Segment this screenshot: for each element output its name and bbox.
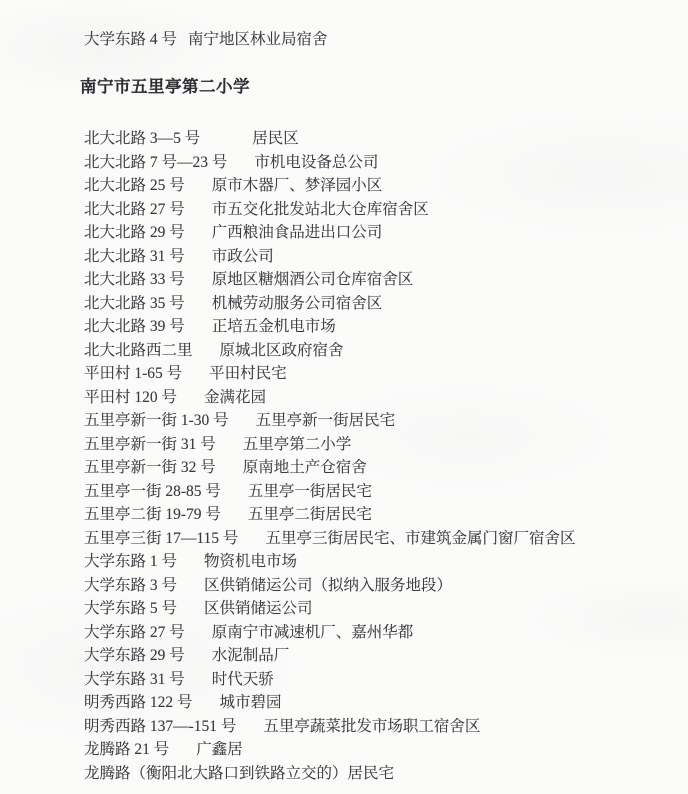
entry-description: 五里亭二街居民宅	[248, 506, 372, 523]
entry-address: 北大北路 31 号	[84, 248, 185, 265]
entry-description: 市机电设备总公司	[254, 154, 378, 171]
address-entry: 龙腾路（衡阳北大路口到铁路立交的）居民宅	[84, 762, 672, 786]
entry-address: 五里亭新一街 1-30 号	[84, 412, 229, 429]
entry-description: 五里亭第二小学	[243, 436, 352, 453]
address-entry: 平田村 1-65 号平田村民宅	[84, 362, 672, 386]
entry-address: 大学东路 31 号	[84, 671, 185, 688]
address-entry: 平田村 120 号金满花园	[84, 386, 672, 410]
entry-description: 居民区	[252, 130, 299, 147]
address-entry: 五里亭新一街 1-30 号五里亭新一街居民宅	[84, 409, 672, 433]
entry-description: 原南宁市减速机厂、嘉州华都	[212, 624, 414, 641]
address-entry: 大学东路 29 号水泥制品厂	[84, 644, 672, 668]
entry-address: 五里亭新一街 31 号	[84, 436, 216, 453]
intro-entry: 大学东路 4 号南宁地区林业局宿舍	[84, 31, 672, 48]
address-entry: 北大北路 25 号原市木器厂、梦泽园小区	[84, 174, 672, 198]
entry-description: 五里亭三街居民宅、市建筑金属门窗厂宿舍区	[265, 530, 575, 547]
entry-address: 北大北路 7 号—23 号	[84, 154, 227, 171]
address-entry: 明秀西路 137—-151 号五里亭蔬菜批发市场职工宿舍区	[84, 715, 672, 739]
entry-description: 居民宅	[348, 765, 395, 782]
section-heading: 南宁市五里亭第二小学	[80, 78, 672, 96]
address-entry: 明秀西路 122 号城市碧园	[84, 691, 672, 715]
entry-address: 北大北路 35 号	[84, 295, 185, 312]
address-entry: 大学东路 31 号时代天骄	[84, 668, 672, 692]
entry-address: 大学东路 29 号	[84, 647, 185, 664]
entry-address: 大学东路 3 号	[84, 577, 177, 594]
address-entry: 北大北路 7 号—23 号市机电设备总公司	[84, 151, 672, 175]
entry-description: 原市木器厂、梦泽园小区	[212, 177, 383, 194]
entry-address: 五里亭三街 17—115 号	[84, 530, 238, 547]
entry-description: 平田村民宅	[209, 365, 287, 382]
entry-address: 大学东路 5 号	[84, 600, 177, 617]
address-entry: 北大北路 33 号原地区糖烟酒公司仓库宿舍区	[84, 268, 672, 292]
address-entry: 北大北路西二里原城北区政府宿舍	[84, 339, 672, 363]
entry-description: 五里亭蔬菜批发市场职工宿舍区	[263, 718, 480, 735]
entry-description: 市五交化批发站北大仓库宿舍区	[212, 201, 429, 218]
address-entry: 北大北路 29 号广西粮油食品进出口公司	[84, 221, 672, 245]
entry-description: 广西粮油食品进出口公司	[212, 224, 383, 241]
address-entry: 大学东路 1 号物资机电市场	[84, 550, 672, 574]
entry-address: 龙腾路（衡阳北大路口到铁路立交的）	[84, 765, 348, 782]
address-entry: 五里亭二街 19-79 号五里亭二街居民宅	[84, 503, 672, 527]
document-page: 大学东路 4 号南宁地区林业局宿舍 南宁市五里亭第二小学 北大北路 3—5 号居…	[0, 0, 688, 794]
entry-address: 明秀西路 122 号	[84, 694, 193, 711]
entry-description: 区供销储运公司（拟纳入服务地段）	[204, 577, 452, 594]
entry-address: 北大北路西二里	[84, 342, 193, 359]
entry-description: 五里亭新一街居民宅	[256, 412, 396, 429]
entry-address: 北大北路 39 号	[84, 318, 185, 335]
entry-address: 北大北路 25 号	[84, 177, 185, 194]
entry-address: 大学东路 1 号	[84, 553, 177, 570]
entry-address: 北大北路 33 号	[84, 271, 185, 288]
entry-address: 平田村 120 号	[84, 389, 177, 406]
address-entry: 北大北路 39 号正培五金机电市场	[84, 315, 672, 339]
address-entry: 北大北路 31 号市政公司	[84, 245, 672, 269]
address-entry: 北大北路 3—5 号居民区	[84, 127, 672, 151]
address-entry: 北大北路 35 号机械劳动服务公司宿舍区	[84, 292, 672, 316]
entry-description: 原南地土产仓宿舍	[243, 459, 367, 476]
entry-description: 城市碧园	[220, 694, 282, 711]
address-entry: 五里亭新一街 31 号五里亭第二小学	[84, 433, 672, 457]
entry-address: 五里亭一街 28-85 号	[84, 483, 221, 500]
address-entry: 龙腾路 21 号广鑫居	[84, 738, 672, 762]
entry-list: 北大北路 3—5 号居民区 北大北路 7 号—23 号市机电设备总公司 北大北路…	[84, 127, 672, 785]
entry-description: 时代天骄	[212, 671, 274, 688]
entry-description: 水泥制品厂	[212, 647, 290, 664]
address-entry: 大学东路 3 号区供销储运公司（拟纳入服务地段）	[84, 574, 672, 598]
address-entry: 五里亭一街 28-85 号五里亭一街居民宅	[84, 480, 672, 504]
entry-address: 大学东路 27 号	[84, 624, 185, 641]
entry-description: 正培五金机电市场	[212, 318, 336, 335]
entry-address: 北大北路 29 号	[84, 224, 185, 241]
entry-description: 原地区糖烟酒公司仓库宿舍区	[212, 271, 414, 288]
entry-description: 五里亭一街居民宅	[248, 483, 372, 500]
entry-description: 区供销储运公司	[204, 600, 313, 617]
intro-description: 南宁地区林业局宿舍	[188, 31, 328, 48]
entry-description: 广鑫居	[196, 741, 243, 758]
address-entry: 大学东路 5 号区供销储运公司	[84, 597, 672, 621]
address-entry: 五里亭新一街 32 号原南地土产仓宿舍	[84, 456, 672, 480]
entry-address: 明秀西路 137—-151 号	[84, 718, 236, 735]
entry-address: 五里亭新一街 32 号	[84, 459, 216, 476]
entry-address: 北大北路 3—5 号	[84, 130, 200, 147]
address-entry: 大学东路 27 号原南宁市减速机厂、嘉州华都	[84, 621, 672, 645]
address-entry: 北大北路 27 号市五交化批发站北大仓库宿舍区	[84, 198, 672, 222]
intro-address: 大学东路 4 号	[84, 31, 177, 48]
entry-description: 机械劳动服务公司宿舍区	[212, 295, 383, 312]
entry-description: 金满花园	[204, 389, 266, 406]
entry-description: 原城北区政府宿舍	[220, 342, 344, 359]
address-entry: 五里亭三街 17—115 号五里亭三街居民宅、市建筑金属门窗厂宿舍区	[84, 527, 672, 551]
entry-address: 北大北路 27 号	[84, 201, 185, 218]
entry-address: 平田村 1-65 号	[84, 365, 182, 382]
entry-address: 龙腾路 21 号	[84, 741, 169, 758]
entry-address: 五里亭二街 19-79 号	[84, 506, 221, 523]
entry-description: 市政公司	[212, 248, 274, 265]
entry-description: 物资机电市场	[204, 553, 297, 570]
